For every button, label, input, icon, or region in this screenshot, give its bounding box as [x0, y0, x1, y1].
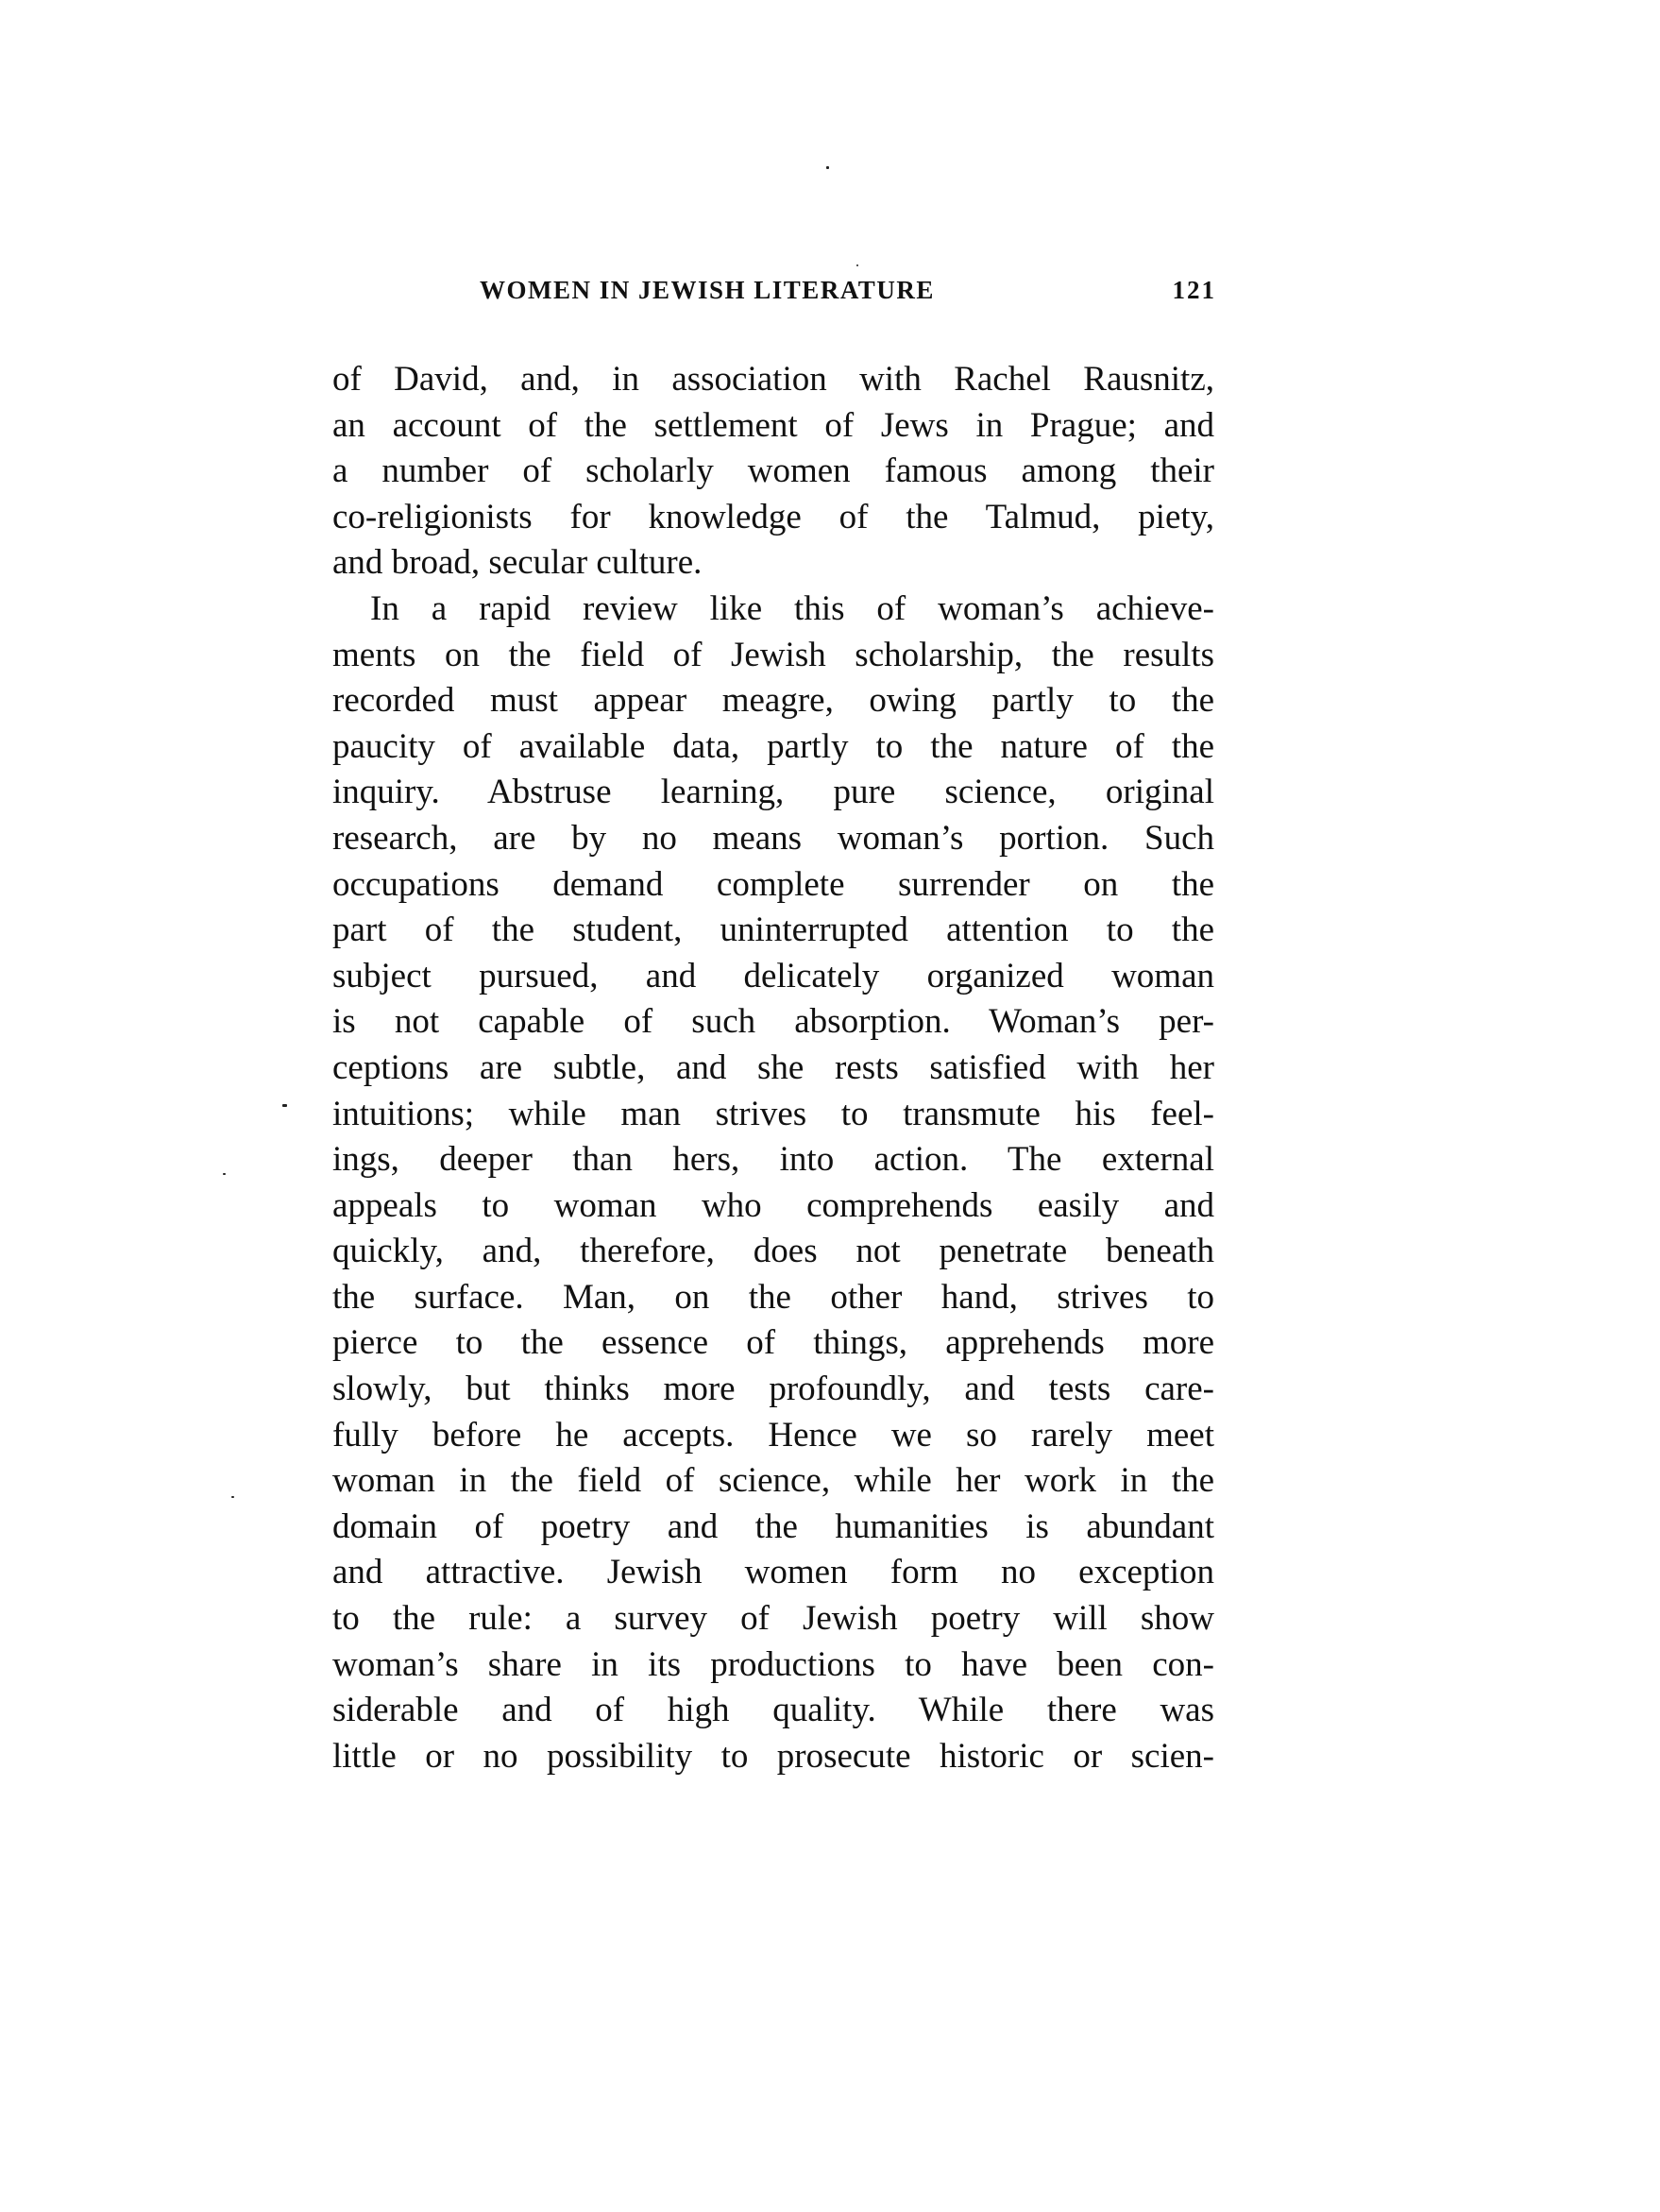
text-line: woman in the field of science, while her…: [332, 1458, 1214, 1505]
text-line: ceptions are subtle, and she rests satis…: [332, 1046, 1214, 1092]
body-text: of David, and, in association with Rache…: [332, 357, 1214, 1779]
paragraph-end-line: and broad, secular culture.: [332, 540, 1214, 587]
text-line: recorded must appear meagre, owing partl…: [332, 678, 1214, 724]
text-line: paucity of available data, partly to the…: [332, 724, 1214, 771]
text-line: domain of poetry and the humanities is a…: [332, 1505, 1214, 1551]
text-line: intuitions; while man strives to transmu…: [332, 1092, 1214, 1138]
text-line: fully before he accepts. Hence we so rar…: [332, 1413, 1214, 1459]
text-line: to the rule: a survey of Jewish poetry w…: [332, 1596, 1214, 1642]
text-line: inquiry. Abstruse learning, pure science…: [332, 770, 1214, 816]
text-line: the surface. Man, on the other hand, str…: [332, 1275, 1214, 1321]
book-page: WOMEN IN JEWISH LITERATURE 121 of David,…: [0, 0, 1660, 2212]
paragraph-start-line: In a rapid review like this of woman’s a…: [332, 587, 1214, 633]
page-number: 121: [1173, 276, 1217, 305]
text-line: is not capable of such absorption. Woman…: [332, 999, 1214, 1046]
text-line: pierce to the essence of things, apprehe…: [332, 1320, 1214, 1367]
running-head: WOMEN IN JEWISH LITERATURE 121: [480, 276, 1216, 314]
scan-speck: [826, 166, 829, 169]
scan-speck: [231, 1496, 234, 1498]
text-line: little or no possibility to prosecute hi…: [332, 1734, 1214, 1780]
scan-speck: [856, 264, 858, 266]
text-line: a number of scholarly women famous among…: [332, 449, 1214, 495]
text-line: woman’s share in its productions to have…: [332, 1642, 1214, 1689]
scan-speck: [282, 1104, 287, 1107]
text-line: an account of the settlement of Jews in …: [332, 403, 1214, 450]
text-line: siderable and of high quality. While the…: [332, 1688, 1214, 1734]
text-line: appeals to woman who comprehends easily …: [332, 1183, 1214, 1230]
text-line: subject pursued, and delicately organize…: [332, 954, 1214, 1000]
text-line: and attractive. Jewish women form no exc…: [332, 1550, 1214, 1596]
scan-speck: [223, 1173, 226, 1175]
text-line: ings, deeper than hers, into action. The…: [332, 1137, 1214, 1183]
text-line: quickly, and, therefore, does not penetr…: [332, 1229, 1214, 1275]
text-line: slowly, but thinks more profoundly, and …: [332, 1367, 1214, 1413]
text-line: part of the student, uninterrupted atten…: [332, 908, 1214, 954]
text-line: co-religionists for knowledge of the Tal…: [332, 495, 1214, 541]
text-line: occupations demand complete surrender on…: [332, 862, 1214, 909]
running-head-title: WOMEN IN JEWISH LITERATURE: [480, 276, 935, 305]
text-line: of David, and, in association with Rache…: [332, 357, 1214, 403]
text-line: research, are by no means woman’s portio…: [332, 816, 1214, 862]
text-line: ments on the field of Jewish scholarship…: [332, 633, 1214, 679]
